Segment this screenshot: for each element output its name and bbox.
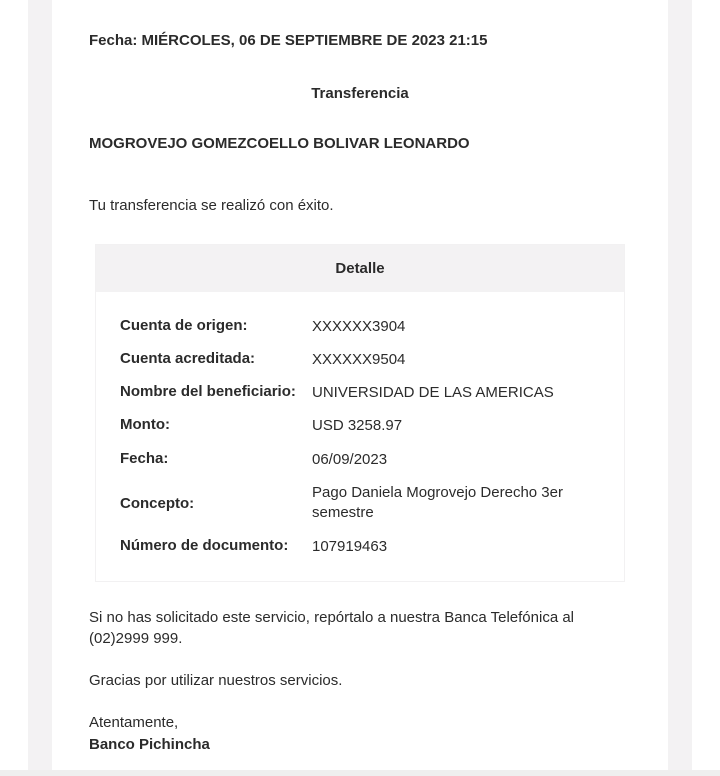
detail-value: Pago Daniela Mogrovejo Derecho 3er semes… [312, 483, 602, 523]
detail-label: Monto: [120, 416, 312, 436]
detail-value: 107919463 [312, 537, 602, 557]
transaction-date: Fecha: MIÉRCOLES, 06 DE SEPTIEMBRE DE 20… [89, 32, 487, 49]
detail-label: Cuenta de origen: [120, 317, 312, 337]
detail-row: Cuenta de origen: XXXXXX3904 [120, 317, 602, 337]
detail-value: XXXXXX3904 [312, 317, 602, 337]
closing-text: Atentamente, [89, 714, 178, 731]
detail-table: Detalle Cuenta de origen: XXXXXX3904 Cue… [95, 244, 625, 582]
detail-row: Número de documento: 107919463 [120, 537, 602, 557]
detail-value: USD 3258.97 [312, 416, 602, 436]
detail-value: UNIVERSIDAD DE LAS AMERICAS [312, 383, 602, 403]
detail-row: Nombre del beneficiario: UNIVERSIDAD DE … [120, 383, 602, 403]
detail-row: Concepto: Pago Daniela Mogrovejo Derecho… [120, 483, 602, 523]
fraud-notice: Si no has solicitado este servicio, repó… [89, 607, 629, 649]
thanks-text: Gracias por utilizar nuestros servicios. [89, 672, 342, 689]
detail-label: Cuenta acreditada: [120, 350, 312, 370]
transaction-type: Transferencia [0, 85, 720, 102]
detail-label: Número de documento: [120, 537, 312, 557]
detail-row: Fecha: 06/09/2023 [120, 450, 602, 470]
detail-title: Detalle [96, 245, 624, 292]
recipient-name: MOGROVEJO GOMEZCOELLO BOLIVAR LEONARDO [89, 135, 470, 152]
success-message: Tu transferencia se realizó con éxito. [89, 197, 334, 214]
detail-value: XXXXXX9504 [312, 350, 602, 370]
detail-label: Concepto: [120, 495, 312, 512]
detail-label: Nombre del beneficiario: [120, 383, 312, 403]
detail-row: Cuenta acreditada: XXXXXX9504 [120, 350, 602, 370]
detail-row: Monto: USD 3258.97 [120, 416, 602, 436]
signature: Banco Pichincha [89, 736, 210, 753]
divider [0, 770, 720, 776]
detail-value: 06/09/2023 [312, 450, 602, 470]
detail-label: Fecha: [120, 450, 312, 470]
